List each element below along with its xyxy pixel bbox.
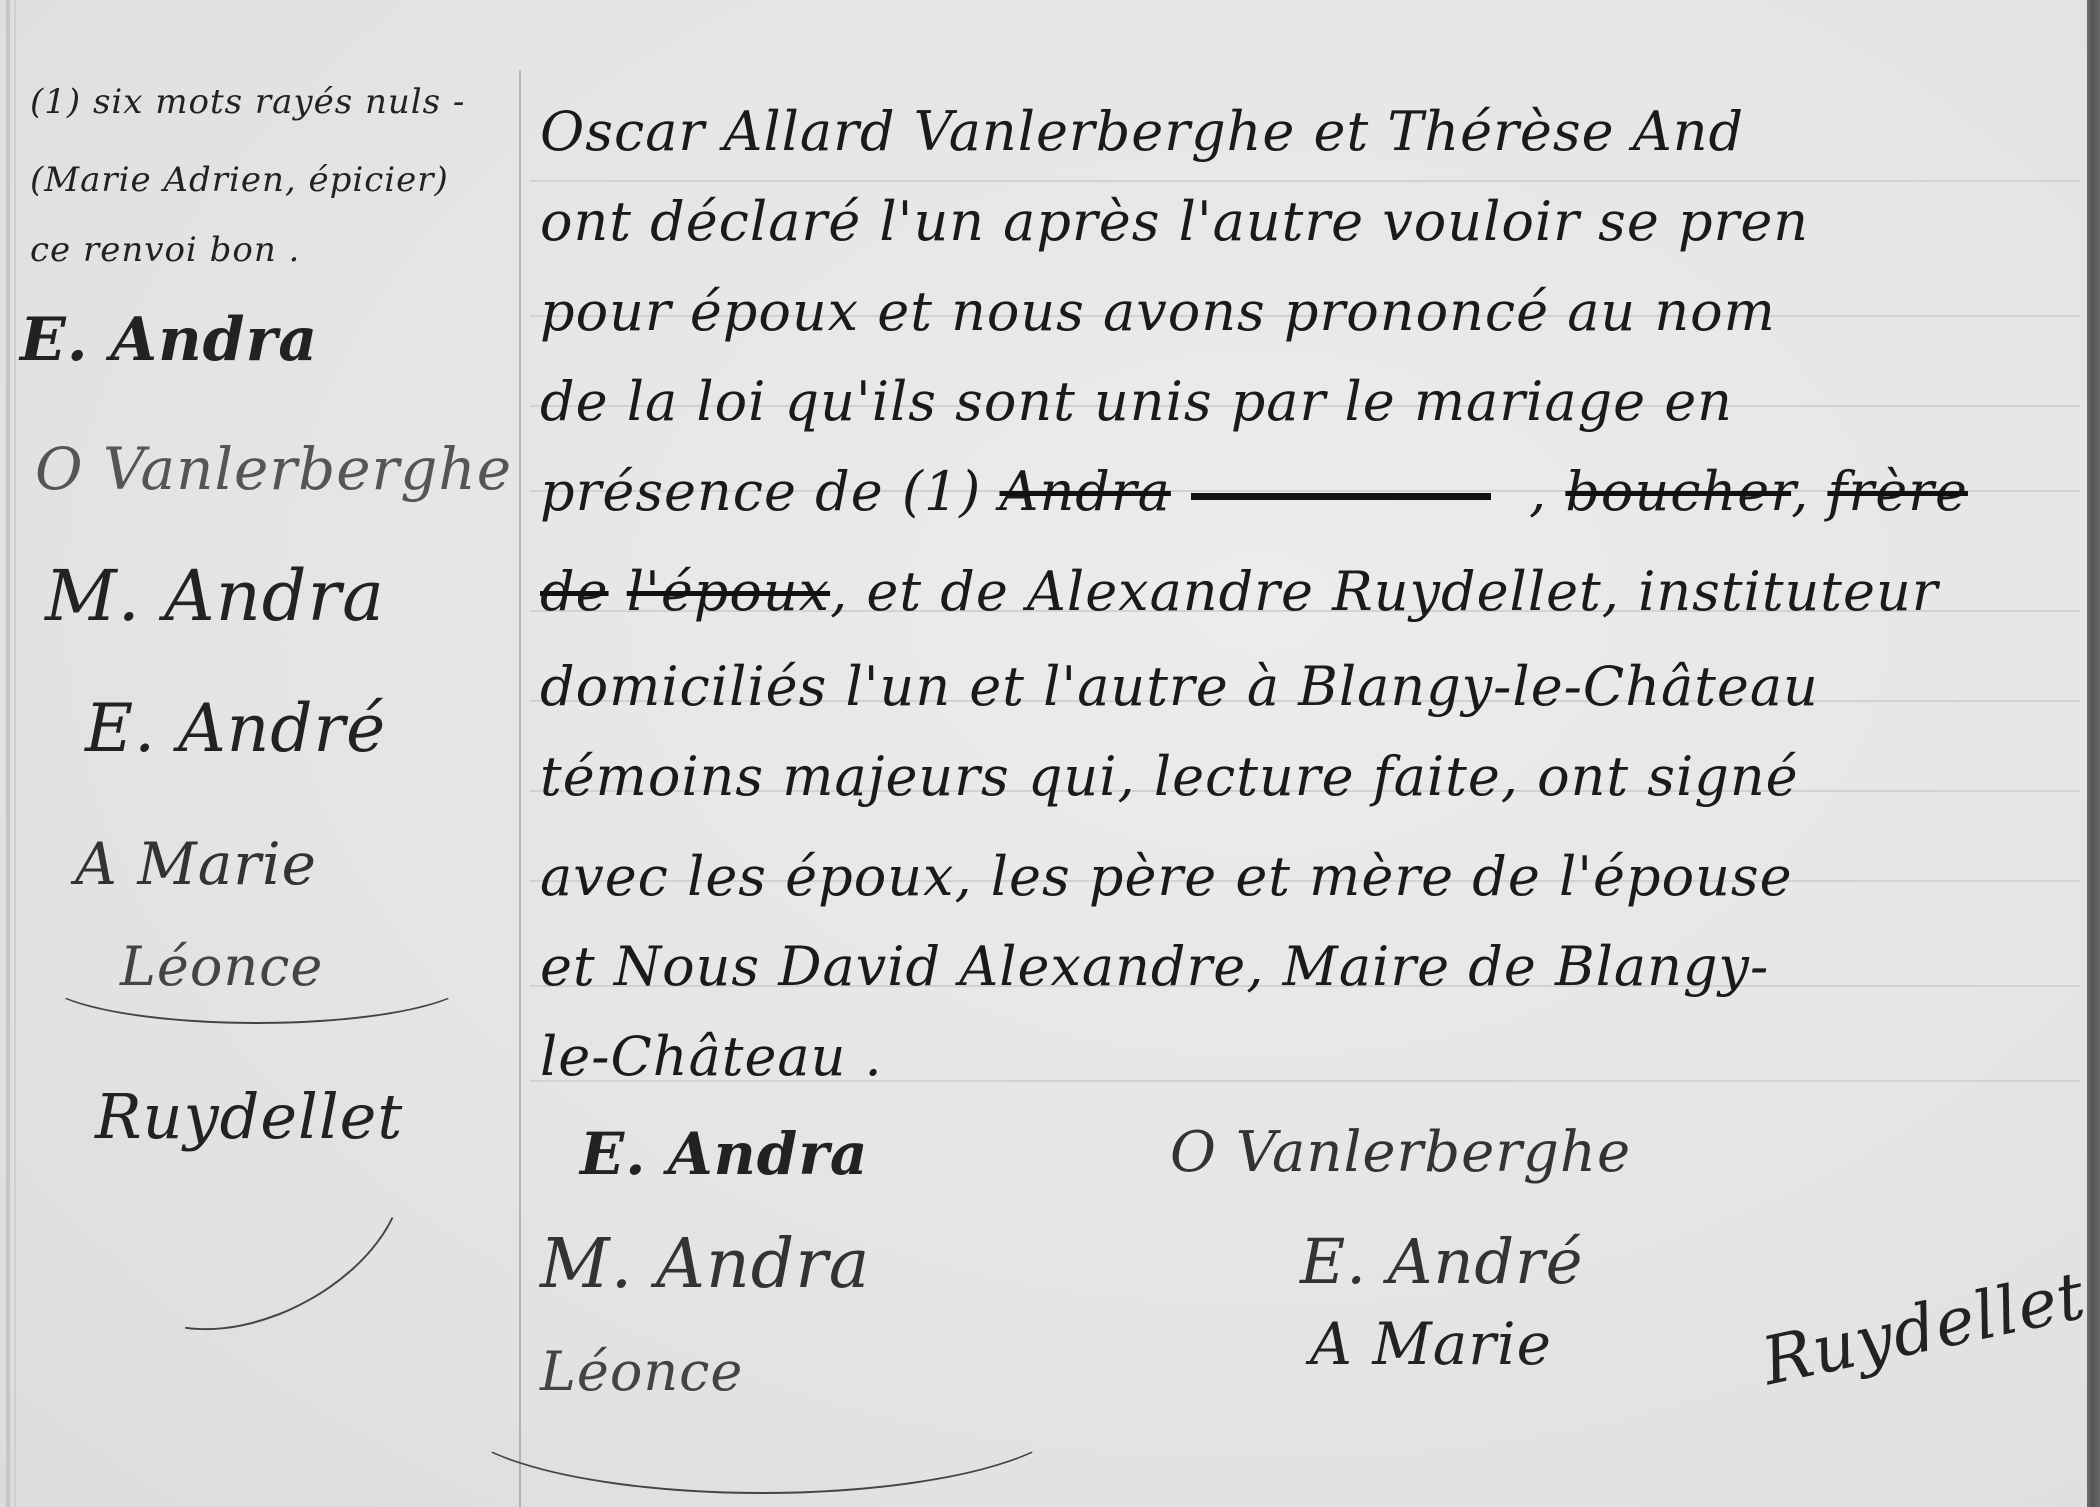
page-left-edge bbox=[6, 0, 10, 1507]
body-line-presence: présence de (1) Andra , boucher, frère bbox=[540, 460, 1968, 523]
ruled-line bbox=[530, 180, 2080, 182]
signature-flourish bbox=[40, 930, 474, 1024]
body-line: avec les époux, les père et mère de l'ép… bbox=[540, 845, 1793, 908]
margin-note-line: (Marie Adrien, épicier) bbox=[30, 160, 449, 200]
text-segment: présence de (1) bbox=[540, 460, 1000, 523]
struck-word: boucher bbox=[1565, 460, 1791, 523]
text-segment: , bbox=[1791, 460, 1827, 523]
signature-e-andra: E. Andra bbox=[580, 1120, 868, 1188]
body-line: domiciliés l'un et l'autre à Blangy-le-C… bbox=[540, 655, 1819, 718]
signature-flourish bbox=[450, 1330, 1074, 1494]
blank-rule bbox=[1191, 493, 1491, 500]
register-page: (1) six mots rayés nuls - (Marie Adrien,… bbox=[0, 0, 2100, 1507]
body-line: témoins majeurs qui, lecture faite, ont … bbox=[540, 745, 1799, 808]
margin-note-line: (1) six mots rayés nuls - bbox=[30, 82, 465, 122]
text-segment bbox=[609, 560, 627, 623]
signature-m-andra-bottom: M. Andra bbox=[540, 1225, 870, 1304]
binding-edge bbox=[2087, 0, 2100, 1507]
signature-e-andre-bottom: E. André bbox=[1300, 1225, 1583, 1298]
body-line-witness: de l'époux, et de Alexandre Ruydellet, i… bbox=[540, 560, 1939, 623]
signature-vanlerberghe: O Vanlerberghe bbox=[35, 435, 512, 503]
struck-word: Andra bbox=[1000, 460, 1171, 523]
struck-word: frère bbox=[1827, 460, 1968, 523]
signature-a-marie-bottom: A Marie bbox=[1310, 1310, 1552, 1378]
signature-m-andra: M. Andra bbox=[45, 555, 385, 637]
body-line: et Nous David Alexandre, Maire de Blangy… bbox=[540, 935, 1769, 998]
body-line: pour époux et nous avons prononcé au nom bbox=[540, 280, 1776, 343]
signature-o-vanlerberghe: O Vanlerberghe bbox=[1170, 1120, 1631, 1185]
struck-word: de bbox=[540, 560, 609, 623]
body-line: le-Château . bbox=[540, 1025, 883, 1088]
body-line: ont déclaré l'un après l'autre vouloir s… bbox=[540, 190, 1809, 253]
signature-a-marie: A Marie bbox=[75, 830, 317, 898]
text-segment: , et de Alexandre Ruydellet, instituteur bbox=[830, 560, 1938, 623]
body-line: de la loi qu'ils sont unis par le mariag… bbox=[540, 370, 1733, 433]
margin-initial-signature: E. Andra bbox=[20, 305, 318, 375]
signature-ruydellet-bottom: Ruydellet bbox=[1756, 1257, 2092, 1400]
page-left-edge-inner bbox=[14, 0, 16, 1507]
struck-word: l'époux bbox=[627, 560, 830, 623]
body-line: Oscar Allard Vanlerberghe et Thérèse And bbox=[540, 100, 1744, 163]
margin-note-line: ce renvoi bon . bbox=[30, 230, 300, 270]
signature-e-andre: E. André bbox=[85, 690, 386, 767]
text-segment: , bbox=[1511, 460, 1566, 523]
margin-rule bbox=[519, 70, 521, 1507]
